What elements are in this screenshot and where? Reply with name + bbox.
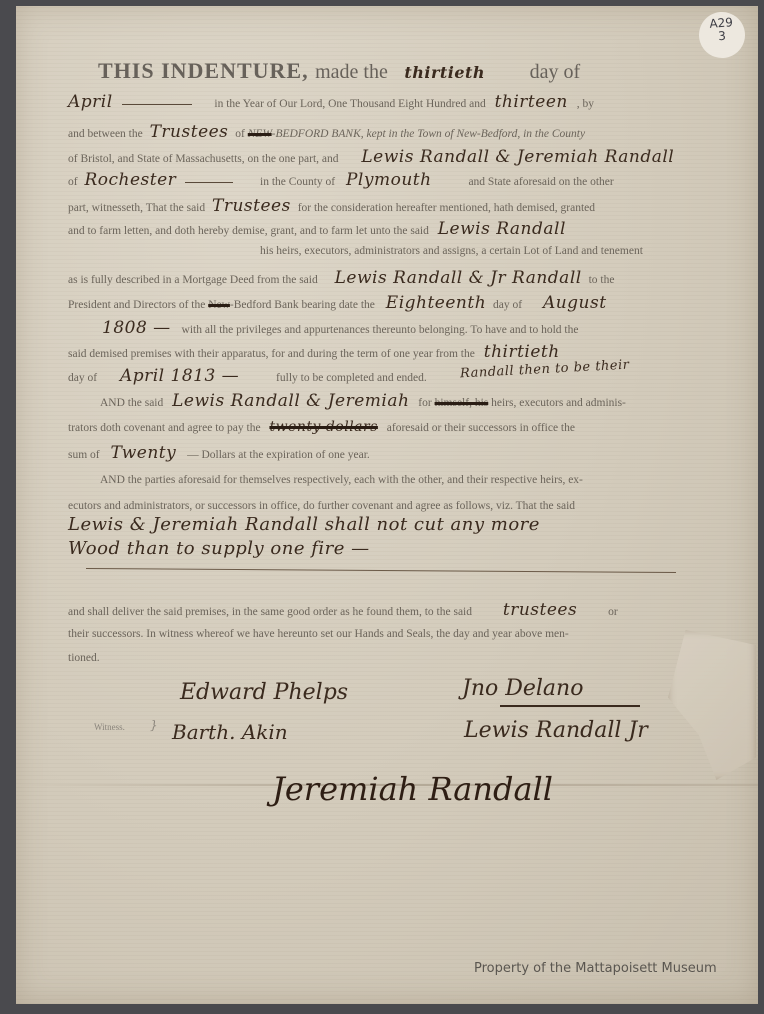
print-text: of xyxy=(68,176,78,188)
body-line-17: ecutors and administrators, or successor… xyxy=(68,500,575,512)
covenant-handwritten-1: Lewis & Jeremiah Randall shall not cut a… xyxy=(68,514,540,535)
print-text: their successors. In witness whereof we … xyxy=(68,628,569,640)
day-handwritten: thirtieth xyxy=(404,63,485,82)
print-text: day of xyxy=(493,299,522,311)
body-line-5: part, witnesseth, That the said Trustees… xyxy=(68,196,595,216)
print-text: or xyxy=(608,606,618,618)
trustees-handwritten: trustees xyxy=(503,600,577,620)
print-text: tioned. xyxy=(68,652,100,664)
signer-signature-3: Jeremiah Randall xyxy=(272,770,553,808)
party-handwritten: Trustees xyxy=(150,122,229,142)
body-line-14: trators doth covenant and agree to pay t… xyxy=(68,419,575,435)
print-text: said demised premises with their apparat… xyxy=(68,348,475,360)
print-text: of Bristol, and State of Massachusetts, … xyxy=(68,153,339,165)
body-line-3: of Bristol, and State of Massachusetts, … xyxy=(68,147,674,167)
town-handwritten: Rochester xyxy=(84,170,176,190)
print-text: aforesaid or their successors in office … xyxy=(387,422,575,434)
print-text: President and Directors of the xyxy=(68,299,205,311)
lessee-handwritten: Lewis Randall xyxy=(438,219,566,239)
amount-handwritten: Twenty xyxy=(111,443,177,463)
body-line-22: tioned. xyxy=(68,652,100,664)
date-year-handwritten: 1808 — xyxy=(102,318,171,338)
struck-text: New xyxy=(208,299,230,311)
print-text: , by xyxy=(577,98,594,110)
print-text: in the County of xyxy=(260,176,335,188)
print-text: AND the parties aforesaid for themselves… xyxy=(100,474,583,486)
print-text: to the xyxy=(589,274,615,286)
catalog-subnumber: 3 xyxy=(699,28,746,44)
title-day-of: day of xyxy=(530,61,581,83)
covenant-handwritten-2: Wood than to supply one fire — xyxy=(68,538,370,559)
blank-rule xyxy=(122,104,192,105)
print-text: and State aforesaid on the other xyxy=(468,176,613,188)
witness-signature-2: Barth. Akin xyxy=(172,720,288,744)
print-text: part, witnesseth, That the said xyxy=(68,202,205,214)
print-text: -BEDFORD BANK, kept in the Town of New-B… xyxy=(272,128,585,140)
print-text: and to farm letten, and doth hereby demi… xyxy=(68,225,429,237)
print-text: day of xyxy=(68,372,97,384)
print-text: fully to be completed and ended. xyxy=(276,372,427,384)
signature-underline xyxy=(500,705,640,707)
body-line-10: 1808 — with all the privileges and appur… xyxy=(102,318,578,338)
title-heading: THIS INDENTURE, xyxy=(98,58,309,83)
body-line-11: said demised premises with their apparat… xyxy=(68,342,560,362)
print-text: with all the privileges and appurtenance… xyxy=(182,324,579,336)
body-line-2: and between the Trustees of NEW-BEDFORD … xyxy=(68,122,585,142)
print-text: trators doth covenant and agree to pay t… xyxy=(68,422,261,434)
print-text: and between the xyxy=(68,128,143,140)
year-handwritten: thirteen xyxy=(495,92,568,112)
title-made-the: made the xyxy=(315,61,388,83)
struck-text: himself, his xyxy=(435,397,489,409)
print-text: ecutors and administrators, or successor… xyxy=(68,500,575,512)
term-date-handwritten: April 1813 — xyxy=(120,366,239,386)
mortgagor-handwritten: Lewis Randall & Jr Randall xyxy=(335,268,582,288)
term-day-handwritten: thirtieth xyxy=(484,342,560,362)
lessee-handwritten: Lewis Randall & Jeremiah Randall xyxy=(361,147,674,167)
print-text: in the Year of Our Lord, One Thousand Ei… xyxy=(214,98,485,110)
body-line-9: President and Directors of the New-Bedfo… xyxy=(68,293,607,313)
signer-signature-1: Jno Delano xyxy=(462,676,583,701)
body-line-1: April in the Year of Our Lord, One Thous… xyxy=(68,92,594,112)
county-handwritten: Plymouth xyxy=(346,170,432,190)
body-line-21: their successors. In witness whereof we … xyxy=(68,628,569,640)
print-text: AND the said xyxy=(100,397,163,409)
witness-brace: } xyxy=(150,718,158,732)
witness-signature-1: Edward Phelps xyxy=(180,680,348,705)
museum-watermark: Property of the Mattapoisett Museum xyxy=(474,961,717,976)
signer-signature-2: Lewis Randall Jr xyxy=(464,718,648,743)
struck-handwritten: twenty dollars xyxy=(269,419,377,435)
print-text: his heirs, executors, administrators and… xyxy=(260,245,643,257)
body-line-16: AND the parties aforesaid for themselves… xyxy=(100,474,583,486)
party-handwritten: Trustees xyxy=(212,196,291,216)
blank-rule xyxy=(185,182,233,183)
body-line-6: and to farm letten, and doth hereby demi… xyxy=(68,219,566,239)
struck-text: NEW xyxy=(248,128,272,140)
print-text: for the consideration hereafter mentione… xyxy=(298,202,595,214)
print-text: — Dollars at the expiration of one year. xyxy=(187,449,370,461)
print-text: as is fully described in a Mortgage Deed… xyxy=(68,274,318,286)
date-month-handwritten: August xyxy=(543,293,607,313)
body-line-8: as is fully described in a Mortgage Deed… xyxy=(68,268,614,288)
print-text: -Bedford Bank bearing date the xyxy=(230,299,375,311)
body-line-15: sum of Twenty — Dollars at the expiratio… xyxy=(68,443,370,463)
document-title: THIS INDENTURE, made the thirtieth day o… xyxy=(98,58,580,84)
body-line-12: day of April 1813 — fully to be complete… xyxy=(68,366,427,386)
witness-label: Witness. xyxy=(94,722,125,732)
print-text: of xyxy=(235,128,245,140)
print-text: for xyxy=(418,397,431,409)
month-handwritten: April xyxy=(68,92,113,112)
print-text: sum of xyxy=(68,449,100,461)
date-day-handwritten: Eighteenth xyxy=(386,293,486,313)
body-line-7: his heirs, executors, administrators and… xyxy=(260,245,643,257)
lessee-handwritten: Lewis Randall & Jeremiah xyxy=(172,391,409,411)
body-line-13: AND the said Lewis Randall & Jeremiah fo… xyxy=(100,391,626,411)
body-line-20: and shall deliver the said premises, in … xyxy=(68,600,618,620)
body-line-4: of Rochester in the County of Plymouth a… xyxy=(68,170,614,190)
print-text: and shall deliver the said premises, in … xyxy=(68,606,472,618)
print-text: heirs, executors and adminis- xyxy=(491,397,626,409)
